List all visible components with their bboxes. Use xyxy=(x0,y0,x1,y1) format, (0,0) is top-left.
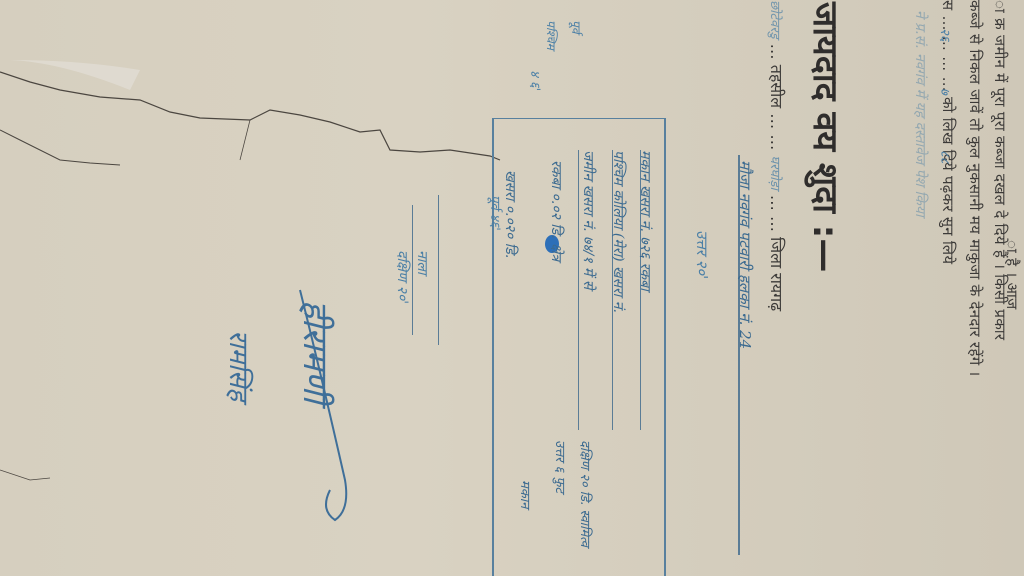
west-direction-note: पश्चिम xyxy=(543,20,560,50)
box-line-1: मकान खसरा नं. ७२६ रकबा xyxy=(636,150,655,291)
margin-note-south: दक्षिण २०' xyxy=(393,250,412,304)
margin-note-nala: नाला xyxy=(413,250,432,275)
faint-handwritten-note: ने प्र.सं. नवगंव में यह दस्तावेज पेश किय… xyxy=(911,10,930,217)
printed-line-1: ा क्र जमीन में पूरा पूरा कब्जा दखल दे दि… xyxy=(990,0,1010,340)
date-year: ८८ xyxy=(937,150,955,164)
section-title: जायदाद वय शुदा :— xyxy=(804,2,850,272)
below-box-note-3: मकान xyxy=(517,480,535,508)
east-note: पूर्व xyxy=(568,20,585,34)
location-prefix-value: छोटेवरडु xyxy=(767,0,782,39)
date-month: ७ xyxy=(937,88,955,95)
district-label: जिला रायगढ़ xyxy=(767,237,786,311)
signature-seller: रामसिंह xyxy=(222,330,258,401)
box-line-2: पश्चिम कोलिया (मेरा) खसरा नं. xyxy=(609,150,628,313)
handwritten-location: मौजा नवगंव पटवारी हलका नं. 24 xyxy=(735,160,755,349)
date-day: २६ xyxy=(937,28,955,42)
handwritten-north-measure: उत्तर २०' xyxy=(692,230,712,279)
below-box-note-2: उत्तर ६ फुट xyxy=(552,440,570,493)
west-note: ४ ६' xyxy=(527,70,545,91)
document-page: ा है । आज ा क्र जमीन में पूरा पूरा कब्जा… xyxy=(0,0,1024,576)
tehsil-value: घरघोड़ा xyxy=(767,155,782,189)
below-box-note-1: दक्षिण २० डि. स्वामित्व xyxy=(577,440,595,547)
tehsil-label: तहसील xyxy=(767,65,786,108)
signature-flourish xyxy=(290,280,360,570)
note-rule-1 xyxy=(438,195,439,345)
printed-line-2: कब्जे से निकल जावें तो कुल नुकसानी मय मा… xyxy=(965,0,985,377)
location-line: छोटेवरडु … तहसील … … घरघोड़ा … … जिला रा… xyxy=(766,0,788,311)
box-line-4: रकबा ०.०२ डि. क्षेत्र xyxy=(547,160,566,261)
margin-note-east: पूर्व ४६' xyxy=(487,195,505,231)
box-line-3: जमीन खसरा नं. ७४/१ में से xyxy=(579,150,598,289)
